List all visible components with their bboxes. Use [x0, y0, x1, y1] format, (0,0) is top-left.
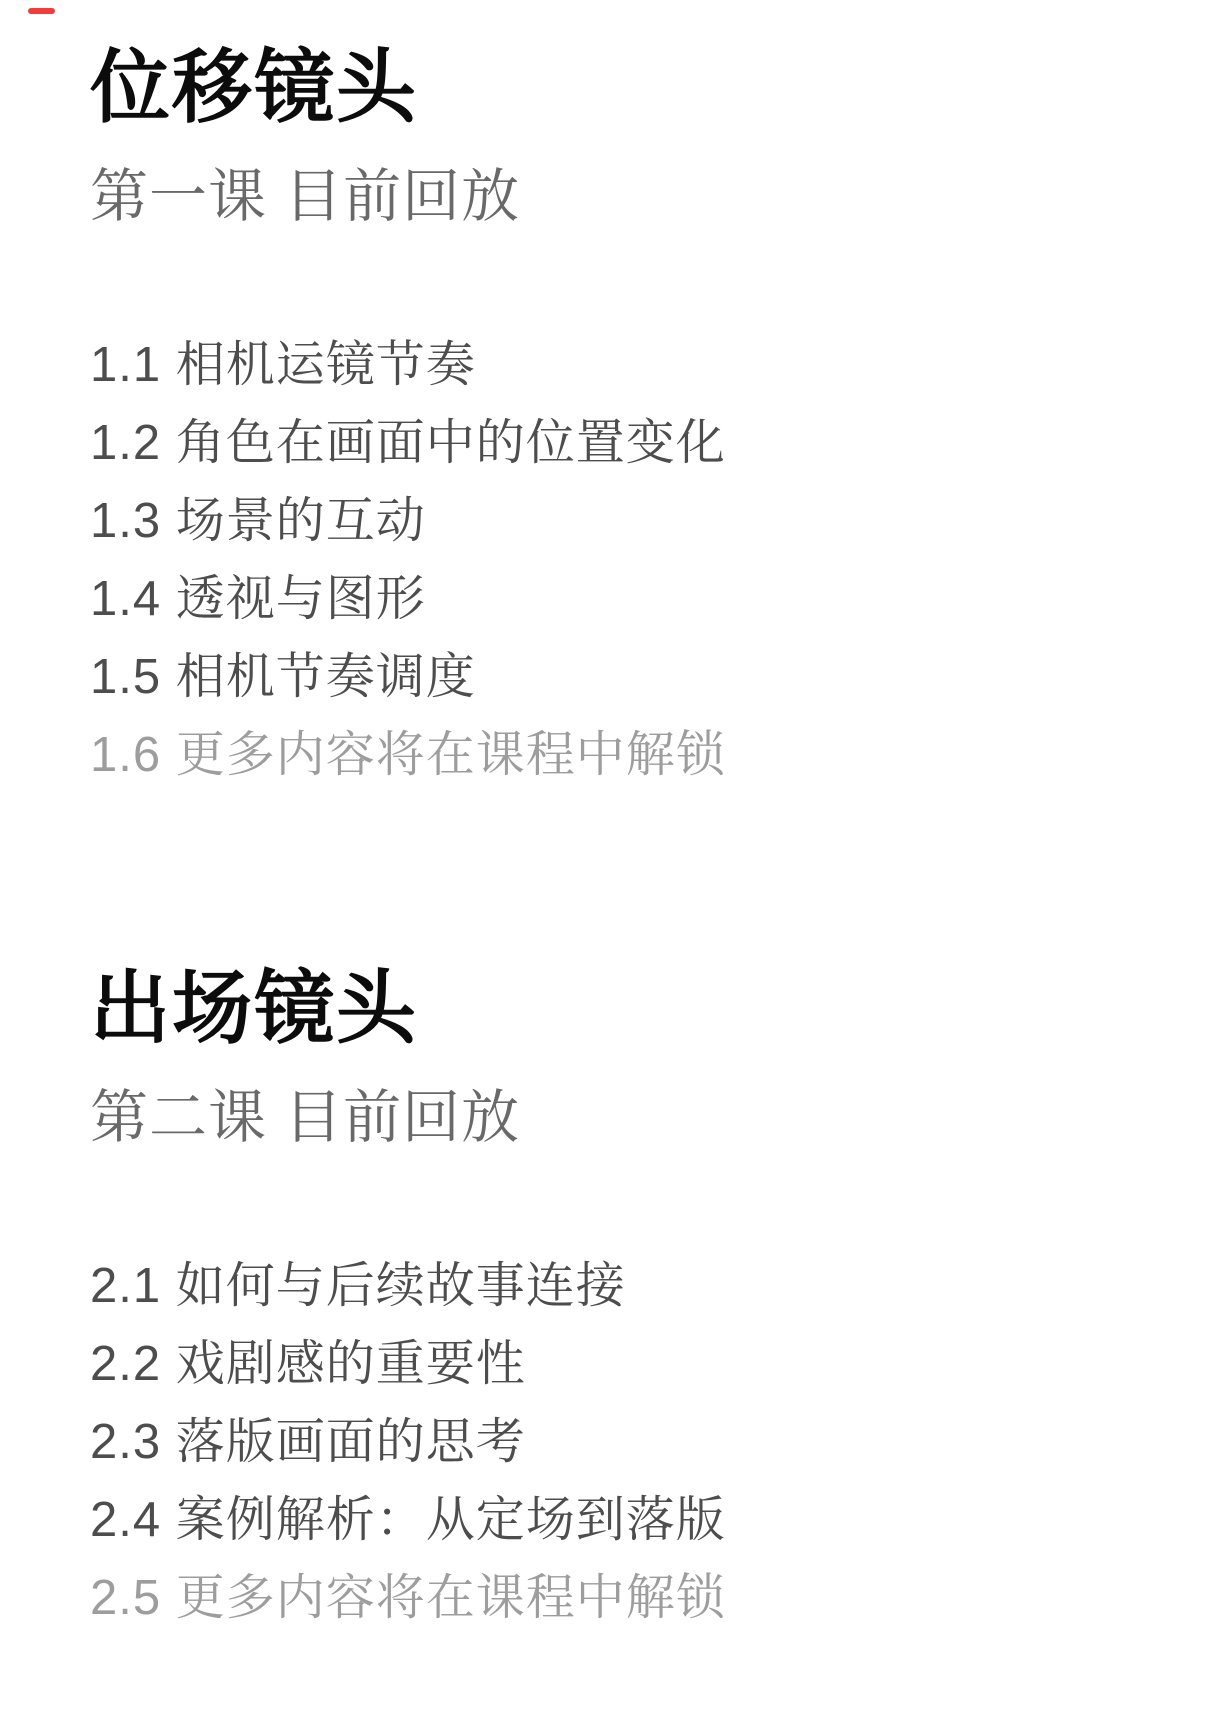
- chapter-item[interactable]: 1.3 场景的互动: [90, 482, 1130, 560]
- chapter-item[interactable]: 2.4 案例解析：从定场到落版: [90, 1481, 1130, 1559]
- progress-indicator-red: [28, 8, 55, 14]
- chapter-item[interactable]: 2.3 落版画面的思考: [90, 1403, 1130, 1481]
- section-subtitle: 第二课 目前回放: [90, 1089, 1130, 1147]
- chapter-item[interactable]: 1.4 透视与图形: [90, 560, 1130, 638]
- chapter-item[interactable]: 1.2 角色在画面中的位置变化: [90, 404, 1130, 482]
- chapter-list-2: 2.1 如何与后续故事连接 2.2 戏剧感的重要性 2.3 落版画面的思考 2.…: [90, 1247, 1130, 1637]
- course-outline-page: 位移镜头 第一课 目前回放 1.1 相机运镜节奏 1.2 角色在画面中的位置变化…: [90, 0, 1130, 1637]
- chapter-item-locked: 2.5 更多内容将在课程中解锁: [90, 1559, 1130, 1637]
- chapter-item[interactable]: 1.1 相机运镜节奏: [90, 326, 1130, 404]
- chapter-item[interactable]: 2.1 如何与后续故事连接: [90, 1247, 1130, 1325]
- chapter-item[interactable]: 1.5 相机节奏调度: [90, 638, 1130, 716]
- section-title: 位移镜头: [90, 48, 1130, 128]
- section-subtitle: 第一课 目前回放: [90, 168, 1130, 226]
- section-title: 出场镜头: [90, 969, 1130, 1049]
- course-section-1: 位移镜头 第一课 目前回放 1.1 相机运镜节奏 1.2 角色在画面中的位置变化…: [90, 48, 1130, 794]
- chapter-list-1: 1.1 相机运镜节奏 1.2 角色在画面中的位置变化 1.3 场景的互动 1.4…: [90, 326, 1130, 794]
- course-section-2: 出场镜头 第二课 目前回放 2.1 如何与后续故事连接 2.2 戏剧感的重要性 …: [90, 969, 1130, 1637]
- chapter-item-locked: 1.6 更多内容将在课程中解锁: [90, 716, 1130, 794]
- chapter-item[interactable]: 2.2 戏剧感的重要性: [90, 1325, 1130, 1403]
